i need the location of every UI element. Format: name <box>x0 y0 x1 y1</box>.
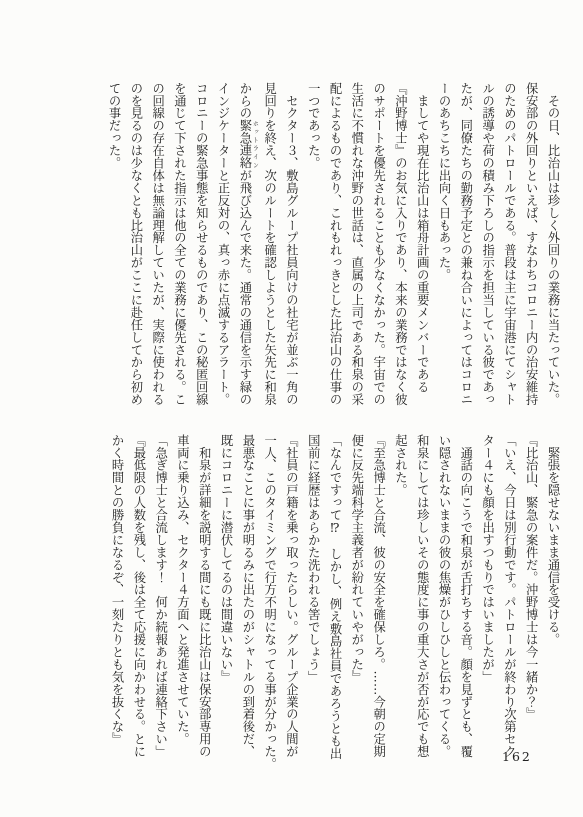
text-line: 和泉にしては珍しいその態度に事の重大さが否が応でも想 <box>410 434 432 758</box>
text-line: 既にコロニーに潜伏してるのは間違いない』 <box>214 434 236 758</box>
text-line: 一人、このタイミングで行方不明になってる事が分かった。 <box>258 434 280 758</box>
text-line: セクター３、敷島グループ社員向けの社宅が並ぶ一角の <box>280 82 302 406</box>
text-line: 緊張を隠せないまま通信を受ける。 <box>541 434 563 758</box>
text-line-with-ruby: からの緊急連絡ホットラインが飛び込んで来た。通常の通信を示す緑の <box>233 82 258 406</box>
text-line: コロニーの緊急事態を知らせるものであり、この秘匿回線 <box>189 82 211 406</box>
text-line: 通話の向こうで和泉が舌打ちする音。顔を見ずとも、覆 <box>454 434 476 758</box>
text-line: 起された。 <box>389 434 411 758</box>
text-line: 『至急博士と合流、彼の安全を確保しろ。……今朝の定期 <box>367 434 389 758</box>
text-line: インジケーターと正反対の、真っ赤に点滅するアラート。 <box>211 82 233 406</box>
text-line: を通じて下された指示は他の全ての業務に優先される。こ <box>168 82 190 406</box>
text-line: 和泉が詳細を説明する間にも既に比治山は保安部専用の <box>192 434 214 758</box>
text-line: 『社員の戸籍を乗っ取ったらしい。グループ企業の人間が <box>280 434 302 758</box>
ruby-line-pre: からの <box>238 82 252 119</box>
text-line: たが、同僚たちの勤務予定との兼ね合いによってはコロニ <box>454 82 476 406</box>
text-line: 『比治山、緊急の案件だ。沖野博士は今一緒か？』 <box>519 434 541 758</box>
text-line: 「なんですって⁉ しかし、例え敷島社員であろうとも出 <box>323 434 345 758</box>
text-line: ての事だった。 <box>102 82 124 406</box>
text-line: のを見るのは少なくとも比治山がここに赴任してから初め <box>124 82 146 406</box>
text-line: のためのパトロールである。普段は主に宇宙港にてシャト <box>498 82 520 406</box>
book-page: その日、比治山は珍しく外回りの業務に当たっていた。 保安部の外回りといえば、すな… <box>0 0 583 817</box>
text-line: 「いえ、今日は別行動です。パトロールが終わり次第セク <box>498 434 520 758</box>
text-line: ルの誘導や荷の積み下ろしの指示を担当している彼であっ <box>476 82 498 406</box>
text-line: 便に反先端科学主義者が紛れていやがった』 <box>345 434 367 758</box>
text-line: 最悪なことに事が明るみに出たのがシャトルの到着後だ、 <box>236 434 258 758</box>
text-line: かく時間との勝負になるぞ、一刻たりとも気を抜くな』 <box>105 434 127 758</box>
text-line: 『沖野博士』のお気に入りであり、本来の業務ではなく彼 <box>389 82 411 406</box>
text-line: のサポートを優先されることも少なくなかった。宇宙での <box>367 82 389 406</box>
top-text-block: その日、比治山は珍しく外回りの業務に当たっていた。 保安部の外回りといえば、すな… <box>102 82 563 406</box>
text-line: 車両に乗り込み、セクター４方面へと発進させていた。 <box>171 434 193 758</box>
text-line: ましてや現在比治山は箱舟計画の重要メンバーである <box>410 82 432 406</box>
ruby-text: ホットライン <box>251 119 258 169</box>
text-line: 一つであった。 <box>301 82 323 406</box>
furigana-annotation: 緊急連絡ホットライン <box>238 119 252 169</box>
text-line: 配によるものであり、これもれっきとした比治山の仕事の <box>323 82 345 406</box>
page-number: 162 <box>502 749 532 764</box>
text-line: の回線の存在自体は無論理解していたが、実際に使われる <box>146 82 168 406</box>
text-line: 『最低限の人数を残し、後は全て応援に向かわせる。とに <box>127 434 149 758</box>
text-line: 見回りを終え、次のルートを確認しようとした矢先に和泉 <box>258 82 280 406</box>
text-line: 保安部の外回りといえば、すなわちコロニー内の治安維持 <box>519 82 541 406</box>
text-line: ター４にも顔を出すつもりではいましたが」 <box>476 434 498 758</box>
text-line: 「急ぎ博士と合流します！ 何か続報あれば連絡下さい」 <box>149 434 171 758</box>
text-line: い隠されないままの彼の焦燥がひしひしと伝わってくる。 <box>432 434 454 758</box>
ruby-base: 緊急連絡 <box>238 119 252 169</box>
text-line: 生活に不慣れな沖野の世話は、直属の上司である和泉の采 <box>345 82 367 406</box>
text-line: ーのあちこちに出向く日もあった。 <box>432 82 454 406</box>
ruby-line-post: が飛び込んで来た。通常の通信を示す緑の <box>238 169 252 406</box>
text-line: 国前に経歴はあらかた洗われる筈でしょう」 <box>301 434 323 758</box>
text-line: その日、比治山は珍しく外回りの業務に当たっていた。 <box>541 82 563 406</box>
bottom-text-block: 緊張を隠せないまま通信を受ける。 『比治山、緊急の案件だ。沖野博士は今一緒か？』… <box>105 434 563 758</box>
